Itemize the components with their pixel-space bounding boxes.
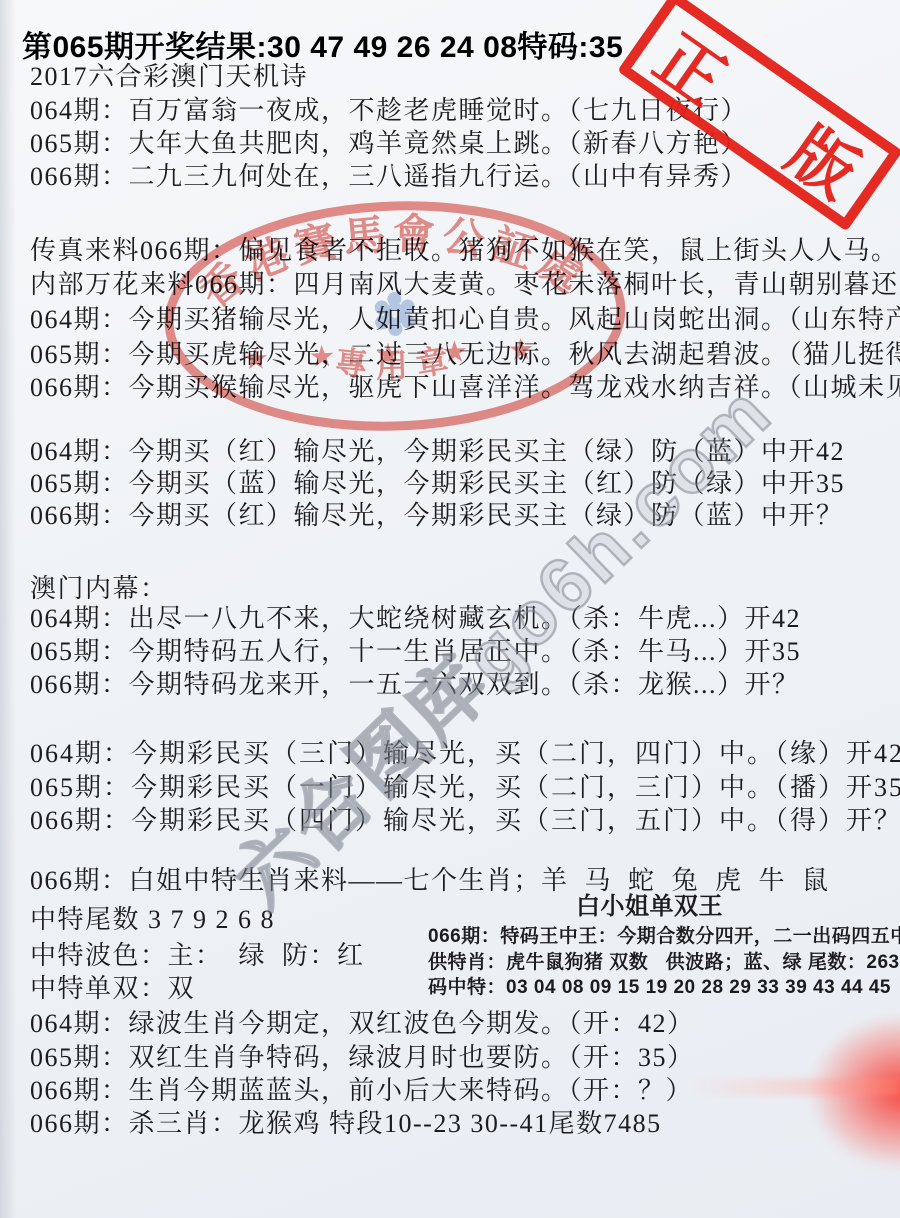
fax-line-2: 内部万花来料066期：四月南风大麦黄。枣花未落桐叶长，青山朝别暮还见。 xyxy=(30,270,900,300)
baijie-tail-numbers: 中特尾数 3 7 9 2 6 8 xyxy=(30,905,275,935)
red-glow-streak xyxy=(688,1078,900,1096)
baijie-intro: 066期：白姐中特生肖来料——七个生肖；羊 马 蛇 兔 虎 牛 鼠 xyxy=(30,866,830,896)
macau-line-064: 064期：出尽一八九不来，大蛇绕树藏玄机。（杀：牛虎...）开42 xyxy=(30,604,801,634)
page-title: 第065期开奖结果:30 47 49 26 24 08特码:35 xyxy=(22,22,623,66)
fax-line-066: 066期：今期买猴输尽光，驱虎下山喜洋洋。驾龙戏水纳吉祥。（山城未见兔） xyxy=(30,373,900,403)
authentic-stamp-char-2: 版 xyxy=(772,100,881,216)
kill-three-zodiac-line: 066期：杀三肖：龙猴鸡 特段10--23 30--41尾数7485 xyxy=(30,1109,662,1139)
fax-line-064: 064期：今期买猪输尽光，人如黄扣心自贵。风起山岗蛇出洞。（山东特产） xyxy=(30,305,900,335)
baijie-right-line-3: 码中特：03 04 08 09 15 19 20 28 29 33 39 43 … xyxy=(428,977,891,999)
wave-line-064: 064期：绿波生肖今期定，双红波色今期发。（开：42） xyxy=(30,1009,695,1039)
red-glow-artifact xyxy=(782,992,900,1192)
doors-line-066: 066期：今期彩民买（四门）输尽光，买（三门，五门）中。（得）开？门 xyxy=(30,806,900,836)
baijie-right-line-2: 供特肖：虎牛鼠狗猪 双数 供波路；蓝、绿 尾数：2631 xyxy=(428,952,900,974)
poem-line-066: 066期：二九三九何处在，三八遥指九行运。（山中有异秀） xyxy=(30,162,748,192)
fax-line-1: 传真来料066期：偏见食者不拒收。猪狗不如猴在笑，鼠上街头人人马。 xyxy=(30,236,899,266)
lottery-tip-sheet: 第065期开奖结果:30 47 49 26 24 08特码:35 2017六合彩… xyxy=(0,0,900,1218)
doors-line-064: 064期：今期彩民买（三门）输尽光，买（二门，四门）中。（缘）开42门 xyxy=(30,739,900,769)
baijie-right-title: 白小姐单双王 xyxy=(576,893,723,921)
macau-line-066: 066期：今期特码龙来开，一五一六双双到。（杀：龙猴...）开？ xyxy=(30,670,800,700)
fax-line-065: 065期：今期买虎输尽光，二过三八无边际。秋风去湖起碧波。（猫儿挺得意） xyxy=(30,340,900,370)
color-tip-065: 065期：今期买（蓝）输尽光，今期彩民买主（红）防（绿）中开35 xyxy=(30,469,845,499)
wave-line-065: 065期：双红生肖争特码，绿波月时也要防。（开：35） xyxy=(30,1043,695,1073)
baijie-right-line-1: 066期：特码王中王：今期合数分四开，二一出码四五中 xyxy=(428,926,900,948)
poem-line-065: 065期：大年大鱼共肥肉，鸡羊竟然桌上跳。（新春八方艳） xyxy=(30,129,748,159)
baijie-wave-color: 中特波色：主： 绿 防：红 xyxy=(30,941,365,971)
color-tip-064: 064期：今期买（红）输尽光，今期彩民买主（绿）防（蓝）中开42 xyxy=(30,437,845,467)
macau-heading: 澳门内幕： xyxy=(30,574,168,604)
baijie-odd-even: 中特单双：双 xyxy=(30,974,195,1004)
wave-line-066: 066期：生肖今期蓝蓝头，前小后大来特码。（开：？） xyxy=(30,1076,693,1106)
color-tip-066: 066期：今期买（红）输尽光，今期彩民买主（绿）防（蓝）中开？ xyxy=(30,501,844,531)
page-subtitle: 2017六合彩澳门天机诗 xyxy=(30,62,308,92)
macau-line-065: 065期：今期特码五人行，十一生肖居正中。（杀：牛马...）开35 xyxy=(30,637,801,667)
doors-line-065: 065期：今期彩民买（一门）输尽光，买（二门，三门）中。（播）开35门 xyxy=(30,773,900,803)
poem-line-064: 064期：百万富翁一夜成，不趁老虎睡觉时。（七九日夜行） xyxy=(30,96,748,126)
